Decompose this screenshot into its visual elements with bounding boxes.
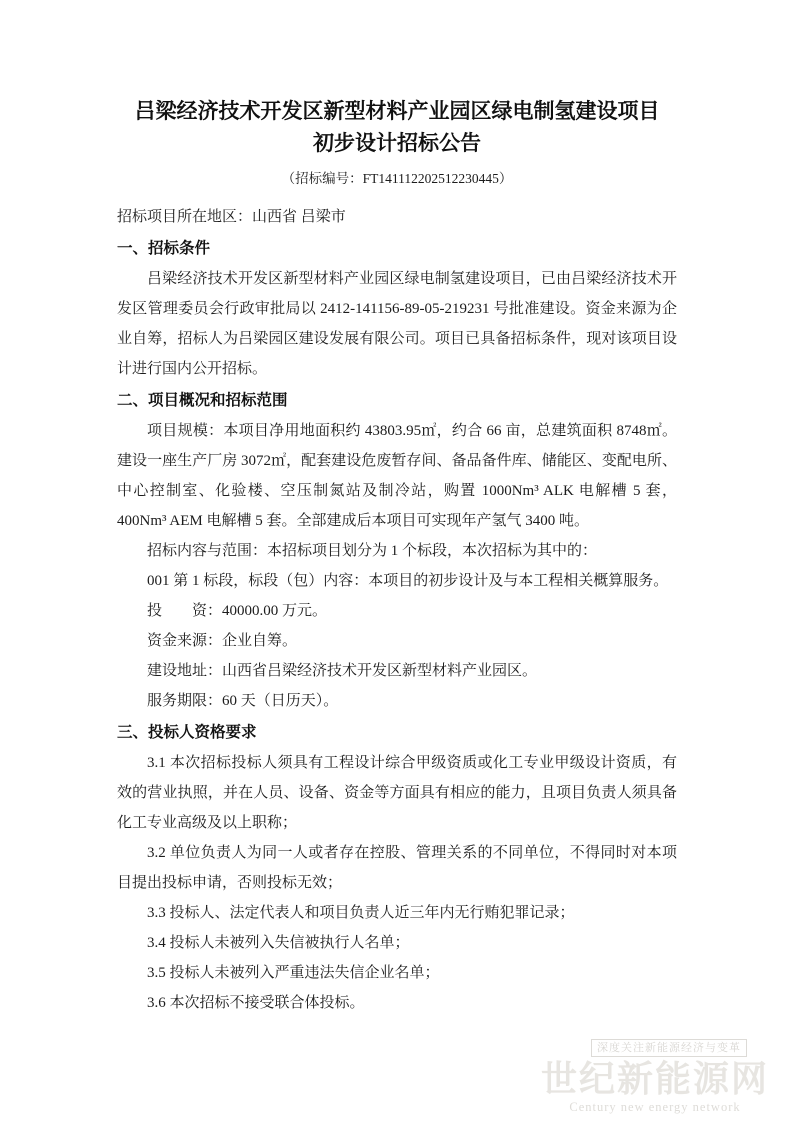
watermark-slogan-badge: 深度关注新能源经济与变革 [540, 1038, 770, 1059]
bid-number-line: （招标编号：FT141112202512230445） [117, 170, 677, 188]
paragraph: 3.6 本次招标不接受联合体投标。 [117, 988, 677, 1018]
paragraph: 3.3 投标人、法定代表人和项目负责人近三年内无行贿犯罪记录； [117, 898, 677, 928]
paragraph: 投 资：40000.00 万元。 [117, 596, 677, 626]
project-location-line: 招标项目所在地区：山西省 吕梁市 [117, 202, 677, 232]
paragraph: 3.2 单位负责人为同一人或者存在控股、管理关系的不同单位，不得同时对本项目提出… [117, 838, 677, 898]
watermark-slogan-text: 深度关注新能源经济与变革 [591, 1039, 747, 1057]
title-line-2: 初步设计招标公告 [313, 132, 481, 155]
paragraph: 招标内容与范围：本招标项目划分为 1 个标段，本次招标为其中的： [117, 536, 677, 566]
watermark-subtitle-text: Century new energy network [540, 1099, 770, 1115]
paragraph: 吕梁经济技术开发区新型材料产业园区绿电制氢建设项目，已由吕梁经济技术开发区管理委… [117, 264, 677, 384]
paragraph: 3.5 投标人未被列入严重违法失信企业名单； [117, 958, 677, 988]
page-title: 吕梁经济技术开发区新型材料产业园区绿电制氢建设项目 初步设计招标公告 [117, 96, 677, 160]
paragraph: 3.4 投标人未被列入失信被执行人名单； [117, 928, 677, 958]
paragraph: 001 第 1 标段，标段（包）内容：本项目的初步设计及与本工程相关概算服务。 [117, 566, 677, 596]
document-page: 吕梁经济技术开发区新型材料产业园区绿电制氢建设项目 初步设计招标公告 （招标编号… [0, 0, 794, 1123]
watermark-brand-text: 世纪新能源网 [540, 1059, 770, 1099]
section-heading-bid-conditions: 一、招标条件 [117, 234, 677, 264]
title-line-1: 吕梁经济技术开发区新型材料产业园区绿电制氢建设项目 [135, 100, 660, 123]
paragraph: 项目规模：本项目净用地面积约 43803.95㎡，约合 66 亩，总建筑面积 8… [117, 416, 677, 536]
watermark-logo: 深度关注新能源经济与变革 世纪新能源网 Century new energy n… [540, 1038, 770, 1115]
paragraph: 建设地址：山西省吕梁经济技术开发区新型材料产业园区。 [117, 656, 677, 686]
paragraph: 服务期限：60 天（日历天）。 [117, 686, 677, 716]
section-heading-project-overview: 二、项目概况和招标范围 [117, 386, 677, 416]
paragraph: 资金来源：企业自筹。 [117, 626, 677, 656]
section-heading-bidder-qualifications: 三、投标人资格要求 [117, 718, 677, 748]
paragraph: 3.1 本次招标投标人须具有工程设计综合甲级资质或化工专业甲级设计资质，有效的营… [117, 748, 677, 838]
document-content: 吕梁经济技术开发区新型材料产业园区绿电制氢建设项目 初步设计招标公告 （招标编号… [117, 96, 677, 1018]
